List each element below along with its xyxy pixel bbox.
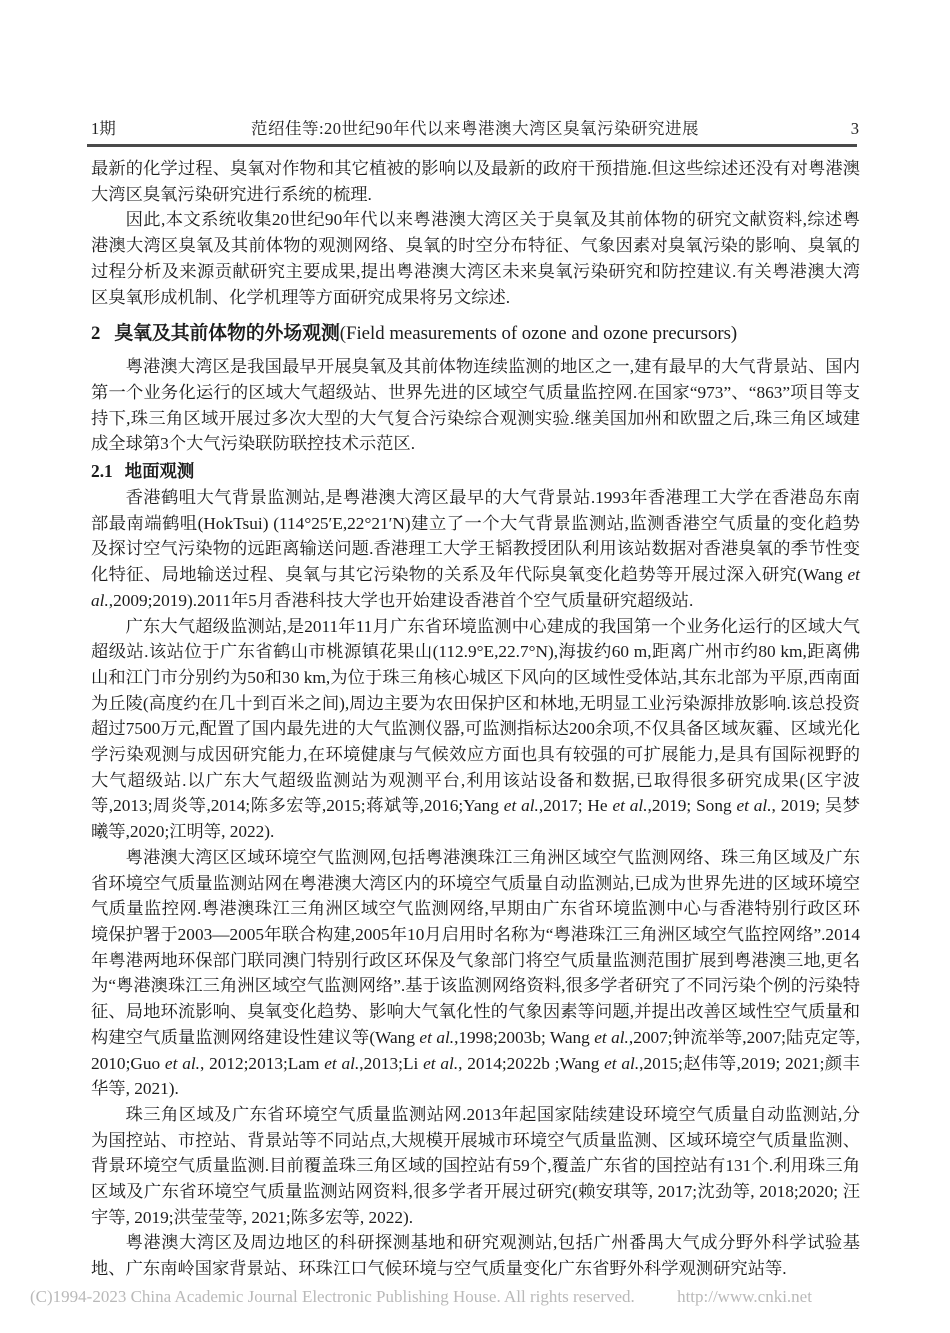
page-header: 1期 范绍佳等:20世纪90年代以来粤港澳大湾区臭氧污染研究进展 3 bbox=[91, 115, 859, 139]
footer: (C)1994-2023 China Academic Journal Elec… bbox=[30, 1287, 812, 1307]
section-2-title-zh: 臭氧及其前体物的外场观测 bbox=[114, 322, 339, 343]
paragraph-intro: 因此,本文系统收集20世纪90年代以来粤港澳大湾区关于臭氧及其前体物的研究文献资… bbox=[91, 207, 860, 310]
section-2-title-en: (Field measurements of ozone and ozone p… bbox=[340, 323, 737, 344]
copyright-notice: (C)1994-2023 China Academic Journal Elec… bbox=[30, 1287, 635, 1306]
running-title: 范绍佳等:20世纪90年代以来粤港澳大湾区臭氧污染研究进展 bbox=[201, 115, 749, 139]
cnki-url: http://www.cnki.net bbox=[677, 1287, 812, 1306]
paragraph-hoktsui-station: 香港鹤咀大气背景监测站,是粤港澳大湾区最早的大气背景站.1993年香港理工大学在… bbox=[91, 485, 860, 614]
paragraph-gba-monitoring-network: 粤港澳大湾区区域环境空气监测网,包括粤港澳珠江三角洲区域空气监测网络、珠三角区域… bbox=[91, 845, 860, 1102]
paragraph-guangdong-superstation: 广东大气超级监测站,是2011年11月广东省环境监测中心建成的我国第一个业务化运… bbox=[91, 614, 860, 845]
header-rule bbox=[87, 144, 857, 147]
paragraph-prd-station-network: 珠三角区域及广东省环境空气质量监测站网.2013年起国家陆续建设环境空气质量自动… bbox=[91, 1102, 860, 1231]
section-2-heading: 2臭氧及其前体物的外场观测(Field measurements of ozon… bbox=[91, 319, 860, 348]
paragraph-research-bases: 粤港澳大湾区及周边地区的科研探测基地和研究观测站,包括广州番禺大气成分野外科学试… bbox=[91, 1230, 860, 1281]
article-body: 最新的化学过程、臭氧对作物和其它植被的影响以及最新的政府干预措施.但这些综述还没… bbox=[91, 156, 860, 1282]
paragraph-review-gap: 最新的化学过程、臭氧对作物和其它植被的影响以及最新的政府干预措施.但这些综述还没… bbox=[91, 156, 860, 207]
page-number: 3 bbox=[749, 119, 859, 139]
paragraph-region-overview: 粤港澳大湾区是我国最早开展臭氧及其前体物连续监测的地区之一,建有最早的大气背景站… bbox=[91, 354, 860, 457]
section-2-1-title: 地面观测 bbox=[125, 461, 195, 481]
issue-number: 1期 bbox=[91, 115, 201, 139]
section-2-number: 2 bbox=[91, 323, 100, 344]
section-2-1-number: 2.1 bbox=[91, 461, 113, 481]
journal-page: 1期 范绍佳等:20世纪90年代以来粤港澳大湾区臭氧污染研究进展 3 最新的化学… bbox=[0, 0, 950, 1333]
section-2-1-heading: 2.1地面观测 bbox=[91, 458, 860, 484]
